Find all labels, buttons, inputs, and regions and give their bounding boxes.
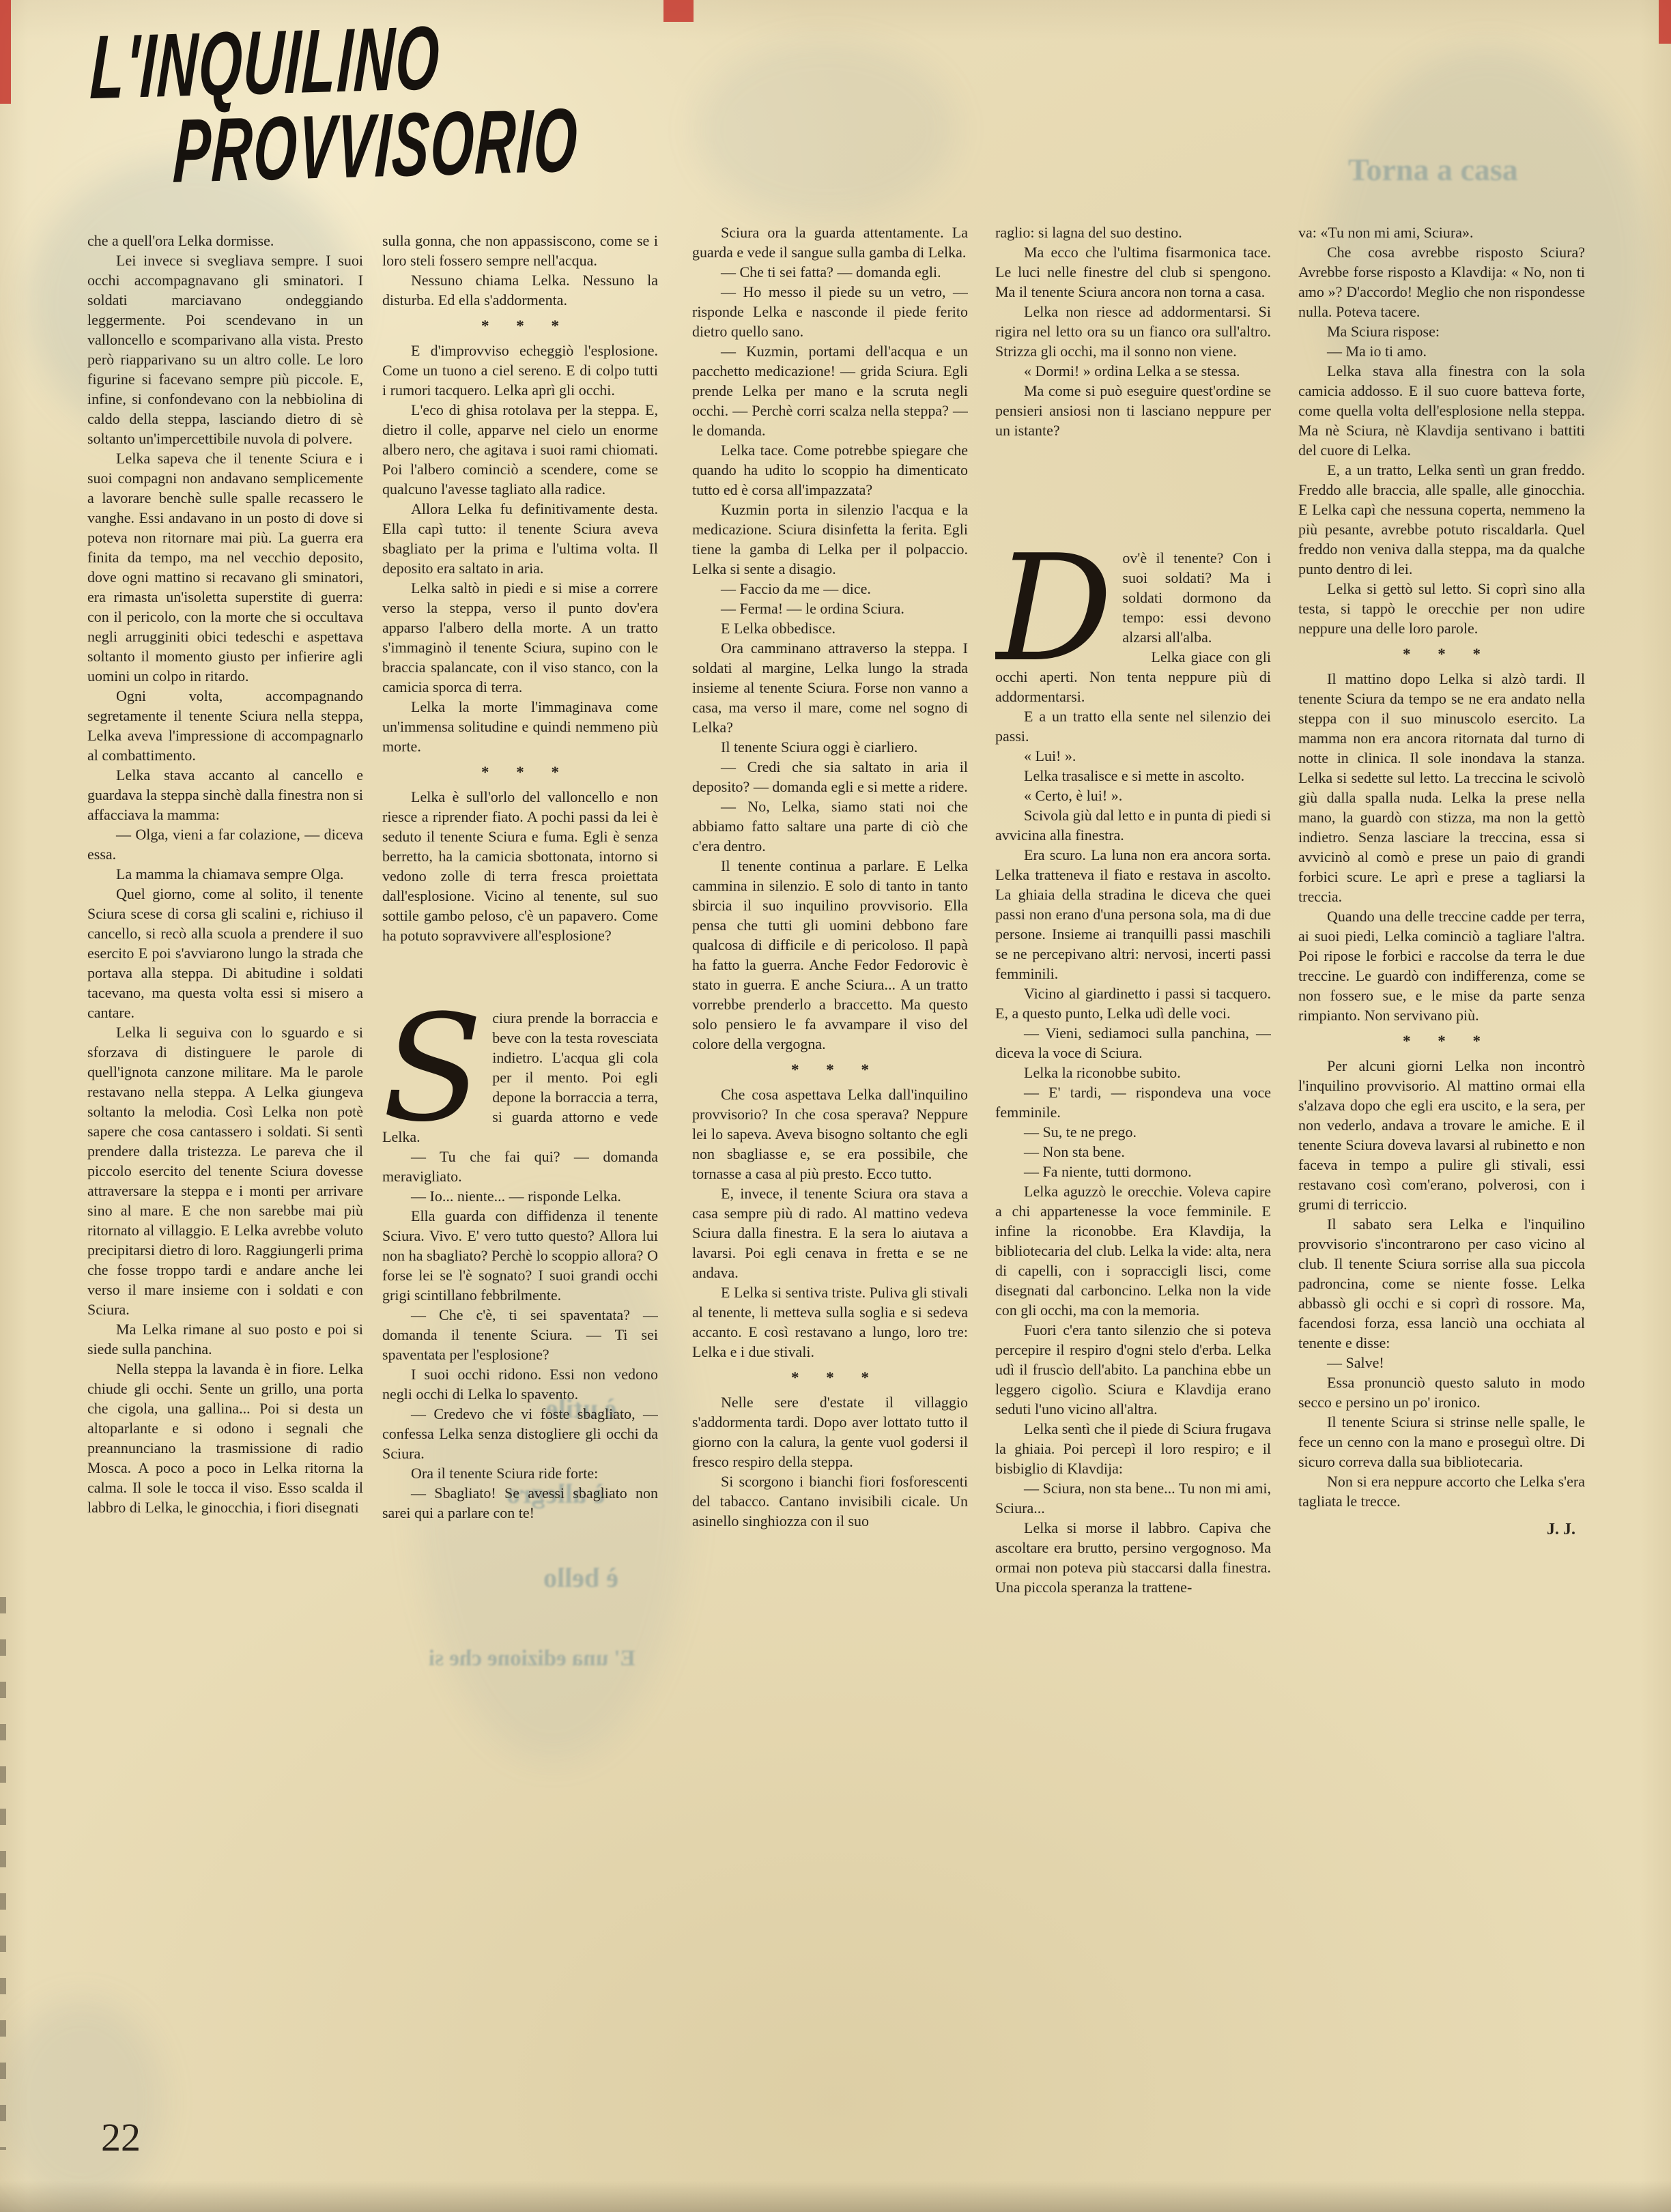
paragraph: Vicino al giardinetto i passi si tacquer… [995, 983, 1271, 1023]
paragraph: — No, Lelka, siamo stati noi che abbiamo… [692, 796, 968, 856]
paragraph: Ma Sciura rispose: [1298, 321, 1585, 341]
paragraph: Lelka si gettò sul letto. Si coprì sino … [1298, 579, 1585, 638]
paragraph: — Kuzmin, portami dell'acqua e un pacche… [692, 341, 968, 440]
author-signature: J. J. [1298, 1521, 1585, 1539]
paragraph: Ma Lelka rimane al suo posto e poi si si… [87, 1319, 363, 1359]
paragraph: E a un tratto ella sente nel silenzio de… [995, 706, 1271, 746]
paragraph: Il tenente continua a parlare. E Lelka c… [692, 856, 968, 1054]
paragraph-dropcap: Sciura prende la borraccia e beve con la… [382, 1008, 658, 1147]
paragraph: — Sbagliato! Se avessi sbagliato non sar… [382, 1483, 658, 1523]
paragraph: Ma come si può eseguire quest'ordine se … [995, 381, 1271, 440]
article-title: L'INQUILINO PROVVISORIO [92, 6, 831, 195]
paragraph: va: «Tu non mi ami, Sciura». [1298, 222, 1585, 242]
section-separator: * * * [692, 1060, 968, 1080]
red-ink-mark [1659, 0, 1671, 44]
paragraph: Il mattino dopo Lelka si alzò tardi. Il … [1298, 669, 1585, 906]
paragraph: Era scuro. La luna non era ancora sorta.… [995, 845, 1271, 983]
paragraph: Essa pronunciò questo saluto in modo sec… [1298, 1373, 1585, 1412]
paragraph: — Io... niente... — risponde Lelka. [382, 1186, 658, 1206]
section-separator: * * * [1298, 644, 1585, 664]
paragraph: Lelka è sull'orlo del valloncello e non … [382, 787, 658, 945]
paragraph: Ogni volta, accompagnando segretamente i… [87, 686, 363, 765]
drop-cap-letter: D [995, 558, 1113, 660]
paragraph: — Credevo che vi foste sbagliato, — conf… [382, 1404, 658, 1463]
paragraph: Nessuno chiama Lelka. Nessuno la disturb… [382, 270, 658, 310]
paragraph: E Lelka obbedisce. [692, 618, 968, 638]
paragraph: — Faccio da me — dice. [692, 579, 968, 599]
text-column-4: raglio: si lagna del suo destino.Ma ecco… [995, 222, 1271, 2134]
paragraph: Il tenente Sciura oggi è ciarliero. [692, 737, 968, 757]
paragraph: L'eco di ghisa rotolava per la steppa. E… [382, 400, 658, 499]
paragraph: Kuzmin porta in silenzio l'acqua e la me… [692, 500, 968, 579]
text-column-1: che a quell'ora Lelka dormisse.Lei invec… [87, 231, 363, 2131]
paragraph: E Lelka si sentiva triste. Puliva gli st… [692, 1282, 968, 1362]
paragraph: Si scorgono i bianchi fiori fosforescent… [692, 1471, 968, 1531]
paragraph: Lelka la riconobbe subito. [995, 1063, 1271, 1082]
paragraph: — Fa niente, tutti dormono. [995, 1162, 1271, 1181]
paragraph: — E' tardi, — rispondeva una voce femmin… [995, 1082, 1271, 1122]
paragraph: Lelka stava accanto al cancello e guarda… [87, 765, 363, 824]
paragraph: raglio: si lagna del suo destino. [995, 222, 1271, 242]
paragraph: Lelka stava alla finestra con la sola ca… [1298, 361, 1585, 460]
paragraph: Lelka non riesce ad addormentarsi. Si ri… [995, 302, 1271, 361]
paragraph: — Che c'è, ti sei spaventata? — domanda … [382, 1305, 658, 1364]
paragraph-dropcap: Dov'è il tenente? Con i suoi soldati? Ma… [995, 548, 1271, 647]
paragraph: Quel giorno, come al solito, il tenente … [87, 884, 363, 1022]
paragraph: Per alcuni giorni Lelka non incontrò l'i… [1298, 1056, 1585, 1214]
paragraph: Il sabato sera Lelka e l'inquilino provv… [1298, 1214, 1585, 1353]
paragraph: Nella steppa la lavanda è in fiore. Lelk… [87, 1359, 363, 1517]
paragraph: Non si era neppure accorto che Lelka s'e… [1298, 1471, 1585, 1511]
text-column-3: Sciura ora la guarda attentamente. La gu… [692, 222, 968, 2134]
page-bottom-shadow [0, 2181, 1671, 2212]
paragraph: I suoi occhi ridono. Essi non vedono neg… [382, 1364, 658, 1404]
paragraph: Che cosa avrebbe risposto Sciura? Avrebb… [1298, 242, 1585, 321]
paragraph: Ora camminano attraverso la steppa. I so… [692, 638, 968, 737]
paragraph: — Che ti sei fatta? — domanda egli. [692, 262, 968, 282]
paragraph: Lelka sapeva che il tenente Sciura e i s… [87, 448, 363, 686]
paragraph: Ella guarda con diffidenza il tenente Sc… [382, 1206, 658, 1305]
paragraph: « Dormi! » ordina Lelka a se stessa. [995, 361, 1271, 381]
paragraph: Lelka aguzzò le orecchie. Voleva capire … [995, 1181, 1271, 1320]
paragraph: — Credi che sia saltato in aria il depos… [692, 757, 968, 796]
paragraph: Quando una delle treccine cadde per terr… [1298, 906, 1585, 1025]
paragraph: — Tu che fai qui? — domanda meravigliato… [382, 1147, 658, 1186]
paragraph: Lelka saltò in piedi e si mise a correre… [382, 578, 658, 697]
red-ink-mark [0, 0, 11, 104]
paragraph: — Vieni, sediamoci sulla panchina, — dic… [995, 1023, 1271, 1063]
paragraph: Sciura ora la guarda attentamente. La gu… [692, 222, 968, 262]
paragraph: Nelle sere d'estate il villaggio s'addor… [692, 1392, 968, 1471]
paragraph: — Olga, vieni a far colazione, — diceva … [87, 824, 363, 864]
paragraph: che a quell'ora Lelka dormisse. [87, 231, 363, 250]
section-separator: * * * [1298, 1031, 1585, 1051]
paragraph: sulla gonna, che non appassiscono, come … [382, 231, 658, 270]
paragraph: « Lui! ». [995, 746, 1271, 766]
paragraph: E, invece, il tenente Sciura ora stava a… [692, 1183, 968, 1282]
paragraph: — Non sta bene. [995, 1142, 1271, 1162]
paragraph: E d'improvviso echeggiò l'esplosione. Co… [382, 341, 658, 400]
text-column-2: sulla gonna, che non appassiscono, come … [382, 231, 658, 2101]
paragraph: — Ferma! — le ordina Sciura. [692, 599, 968, 618]
paragraph: Lelka si morse il labbro. Capiva che asc… [995, 1518, 1271, 1597]
paragraph: « Certo, è lui! ». [995, 786, 1271, 805]
paragraph: — Sciura, non sta bene... Tu non mi ami,… [995, 1478, 1271, 1518]
text-column-5: va: «Tu non mi ami, Sciura».Che cosa avr… [1298, 222, 1585, 2106]
drop-cap-letter: S [382, 1018, 483, 1120]
paragraph: Ora il tenente Sciura ride forte: [382, 1463, 658, 1483]
paragraph: Lelka trasalisce e si mette in ascolto. [995, 766, 1271, 786]
article-title-line-2: PROVVISORIO [172, 99, 580, 192]
paragraph: Ma ecco che l'ultima fisarmonica tace. L… [995, 242, 1271, 302]
paragraph: Il tenente Sciura si strinse nelle spall… [1298, 1412, 1585, 1471]
section-separator: * * * [382, 316, 658, 336]
paragraph: Lelka li seguiva con lo sguardo e si sfo… [87, 1022, 363, 1319]
paragraph: Lelka la morte l'immaginava come un'imme… [382, 697, 658, 756]
paragraph: Scivola giù dal letto e in punta di pied… [995, 805, 1271, 845]
paragraph: La mamma la chiamava sempre Olga. [87, 864, 363, 884]
paragraph: Che cosa aspettava Lelka dall'inquilino … [692, 1085, 968, 1183]
paragraph: — Ma io ti amo. [1298, 341, 1585, 361]
paragraph: Allora Lelka fu definitivamente desta. E… [382, 499, 658, 578]
paragraph: Fuori c'era tanto silenzio che si poteva… [995, 1320, 1271, 1419]
paragraph: Lelka sentì che il piede di Sciura fruga… [995, 1419, 1271, 1478]
paragraph: — Ho messo il piede su un vetro, — rispo… [692, 282, 968, 341]
section-separator: * * * [382, 762, 658, 782]
page-edge-artifact [0, 1597, 6, 2150]
paragraph: Lei invece si svegliava sempre. I suoi o… [87, 250, 363, 448]
show-through-text: Torna a casa [1348, 152, 1518, 188]
section-separator: * * * [692, 1368, 968, 1388]
paragraph: — Salve! [1298, 1353, 1585, 1373]
paragraph: Lelka tace. Come potrebbe spiegare che q… [692, 440, 968, 500]
page-number: 22 [101, 2114, 141, 2160]
paragraph: E, a un tratto, Lelka sentì un gran fred… [1298, 460, 1585, 579]
paragraph: — Su, te ne prego. [995, 1122, 1271, 1142]
